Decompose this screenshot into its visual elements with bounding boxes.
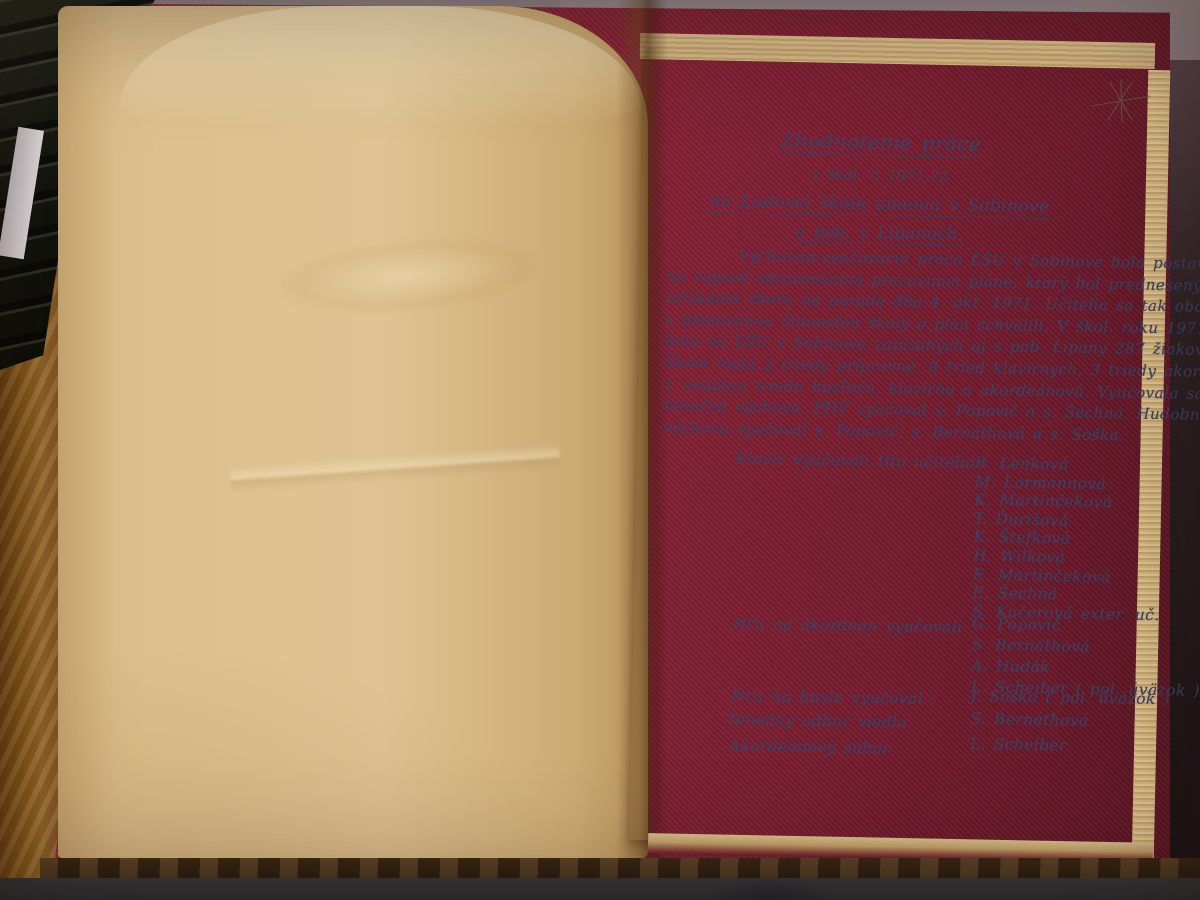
right-page-content: Zhodnotenie práce v škol. r. 1971-72 na …: [631, 48, 1157, 849]
title-text: a pob. v Lipanoch.: [795, 222, 964, 246]
report-title-line: na Ľudovej škole umenia v Sabinove: [642, 190, 1117, 218]
teacher-name: E. Martinčeková: [973, 566, 1111, 586]
teacher-name: S. Bernáthová: [971, 636, 1090, 656]
teacher-name: A. Hudák: [971, 657, 1050, 676]
assignment-row-value: S. Bernáthová: [970, 710, 1089, 730]
report-title-line: a pob. v Lipanoch.: [642, 219, 1117, 246]
assignment-row-label: Tanečný odbor viedla: [726, 711, 907, 732]
assignment-row-value: J. Soška ( pol. úväzok ): [971, 687, 1171, 708]
title-text: v škol. r. 1971-72: [812, 167, 949, 185]
assignment-row-label: Akordeónový súbor: [729, 737, 891, 758]
teacher-name: K. Martinčeková: [974, 491, 1112, 511]
piano-teachers-label: Klavír vyučovali títo učitelia :: [736, 450, 989, 472]
report-title-line: Zhodnotenie práce: [643, 126, 1118, 158]
teacher-name: H. Wilková: [973, 547, 1065, 567]
title-text: Zhodnotenie práce: [780, 128, 981, 157]
title-text: na Ľudovej škole umenia v Sabinove: [710, 191, 1050, 219]
teacher-name: K. Štefková: [973, 528, 1070, 548]
teacher-name: E. Šechná: [972, 584, 1057, 603]
photo-scene: Zhodnotenie práce v škol. r. 1971-72 na …: [0, 0, 1200, 900]
teacher-name: M. Lormannová: [974, 473, 1106, 493]
teacher-name: G. Popovič: [972, 615, 1061, 635]
assignment-row-value: L. Scheiber: [970, 735, 1067, 755]
report-title-line: v škol. r. 1971-72: [643, 164, 1118, 188]
floor-strip: [0, 878, 1200, 900]
assignment-row-label: Hru na husle vyučoval :: [732, 687, 937, 709]
teacher-name: B. Lenková: [975, 454, 1069, 474]
accordion-teachers-label: Hru na akordeón vyučovali :: [733, 615, 976, 637]
left-page: [58, 6, 648, 858]
pencil-star-icon: [1086, 70, 1156, 130]
teacher-name: T. Ďurišová: [974, 510, 1069, 530]
paragraph-line: výchovu vyučoval s. Popovič, s. Bernátho…: [663, 418, 1124, 444]
table-leg-shadow: [690, 868, 850, 900]
